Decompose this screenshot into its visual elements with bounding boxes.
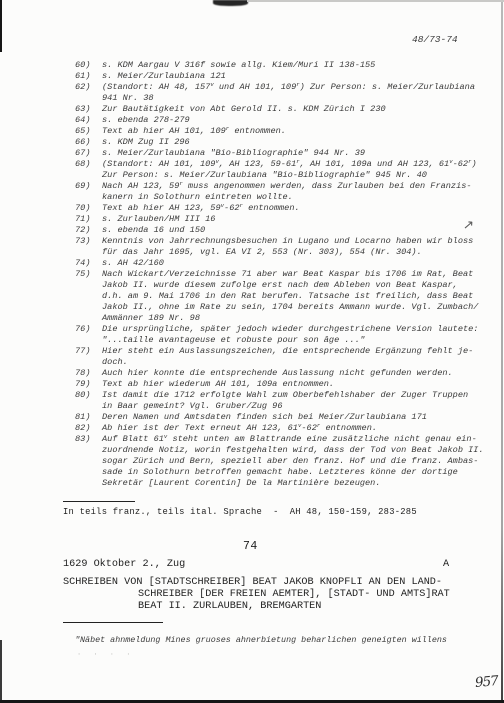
footnote-item: 82)Ab hier ist der Text erneut AH 123, 6…: [75, 423, 487, 434]
footnote-line: zuordnende Notiz, worin festgehalten wir…: [102, 445, 487, 456]
footnote-line: s. KDM Aargau V 316f sowie allg. Kiem/Mu…: [102, 60, 487, 71]
footnote-item: 77)Hier steht ein Auslassungszeichen, di…: [75, 346, 487, 368]
footnote-item: 76)Die ursprüngliche, später jedoch wied…: [75, 324, 487, 346]
footnote-line: d.h. am 9. Mai 1706 in den Rat berufen. …: [102, 291, 487, 302]
footnote-line: s. AH 42/160: [102, 258, 487, 269]
footnote-number: 65): [75, 126, 90, 137]
footnote-item: 67)s. Meier/Zurlaubiana "Bio-Bibliograph…: [75, 148, 487, 159]
scan-edge-top: [247, 0, 504, 2]
footnote-number: 69): [75, 181, 90, 192]
footnote-number: 82): [75, 423, 90, 434]
footnote-line: Die ursprüngliche, später jedoch wieder …: [102, 324, 487, 335]
handwritten-arrow-mark: ↗: [462, 218, 474, 234]
footnote-number: 74): [75, 258, 90, 269]
source-quote-line: "Näbet ahnmeldung Mines gruoses ahnerbie…: [75, 635, 447, 646]
footnote-line: Nach Wickart/Verzeichnisse 71 aber war B…: [102, 269, 487, 280]
entry-title: SCHREIBEN VON [STADTSCHREIBER] BEAT JAKO…: [63, 577, 450, 613]
superscript-folio-mark: r: [240, 202, 243, 209]
footnote-number: 76): [75, 324, 90, 335]
footnote-line: für das Jahr 1695, vgl. EA VI 2, 553 (Nr…: [102, 247, 487, 258]
footnote-line: Jakob II. wurde diesem zufolge erst nach…: [102, 280, 487, 291]
footnote-number: 83): [75, 434, 90, 445]
footnote-line: (Standort: AH 101, 109v, AH 123, 59-61r,…: [102, 159, 487, 170]
footnote-line: Hier steht ein Auslassungszeichen, die e…: [102, 346, 487, 357]
footnote-number: 63): [75, 104, 90, 115]
entry-number: 74: [243, 540, 258, 553]
entry-date-line: 1629 Oktober 2., Zug: [63, 559, 185, 570]
superscript-folio-mark: v: [210, 81, 213, 88]
footnote-line: s. KDM Zug II 296: [102, 137, 487, 148]
footnote-item: 71)s. Zurlauben/HM III 16: [75, 214, 487, 225]
footnote-item: 78)Auch hier konnte die entsprechende Au…: [75, 368, 487, 379]
footnote-item: 63)Zur Bautätigkeit von Abt Gerold II. s…: [75, 104, 487, 115]
footnote-item: 74)s. AH 42/160: [75, 258, 487, 269]
footnote-number: 66): [75, 137, 90, 148]
footnote-line: in Baar gemeint? Vgl. Gruber/Zug 96: [102, 401, 487, 412]
footnote-line: 941 Nr. 38: [102, 93, 487, 104]
footnote-line: Ab hier ist der Text erneut AH 123, 61v-…: [102, 423, 487, 434]
footnote-item: 69)Nach AH 123, 59r muss angenommen werd…: [75, 181, 487, 203]
superscript-folio-mark: r: [317, 422, 320, 429]
separator-rule: [63, 501, 135, 502]
superscript-folio-mark: v: [449, 158, 452, 165]
footnote-number: 75): [75, 269, 90, 280]
footnote-line: Text ab hier AH 101, 109r entnommen.: [102, 126, 487, 137]
footnote-number: 62): [75, 82, 90, 93]
footnote-line: Ist damit die 1712 erfolgte Wahl zum Obe…: [102, 390, 487, 401]
footnote-item: 80)Ist damit die 1712 erfolgte Wahl zum …: [75, 390, 487, 412]
footnote-line: Sekretär [Laurent Corentin] De la Martin…: [102, 478, 487, 489]
footnote-item: 60)s. KDM Aargau V 316f sowie allg. Kiem…: [75, 60, 487, 71]
scan-edge-left-bottom: [0, 640, 2, 703]
scanned-page: 48/73-74 60)s. KDM Aargau V 316f sowie a…: [0, 0, 504, 703]
scan-edge-bottom: [0, 700, 504, 703]
scan-edge-left: [0, 0, 2, 52]
footnote-line: s. ebenda 278-279: [102, 115, 487, 126]
footnote-line: Ammänner 189 Nr. 98: [102, 313, 487, 324]
footnote-item: 70)Text ab hier AH 123, 59v-62r entnomme…: [75, 203, 487, 214]
footnote-number: 73): [75, 236, 90, 247]
footnote-item: 65)Text ab hier AH 101, 109r entnommen.: [75, 126, 487, 137]
footnote-item: 73)Kenntnis von Jahrrechnungsbesuchen in…: [75, 236, 487, 258]
separator-rule: [63, 622, 163, 623]
superscript-folio-mark: r: [296, 81, 299, 88]
superscript-folio-mark: v: [221, 202, 224, 209]
footnote-item: 83)Auf Blatt 61v steht unten am Blattran…: [75, 434, 487, 489]
footnote-line: Auf Blatt 61v steht unten am Blattrande …: [102, 434, 487, 445]
pencil-folio-number: 957: [474, 673, 498, 691]
footnote-line: Auch hier konnte die entsprechende Ausla…: [102, 368, 487, 379]
footnote-item: 68)(Standort: AH 101, 109v, AH 123, 59-6…: [75, 159, 487, 181]
scan-smudge-top: [213, 0, 248, 6]
entry-version-letter: A: [443, 559, 449, 570]
footnote-number: 61): [75, 71, 90, 82]
footnote-line: s. Meier/Zurlaubiana 121: [102, 71, 487, 82]
footnote-line: kanern in Solothurn eintreten wollte.: [102, 192, 487, 203]
footnote-item: 61)s. Meier/Zurlaubiana 121: [75, 71, 487, 82]
footnote-line: Zur Bautätigkeit von Abt Gerold II. s. K…: [102, 104, 487, 115]
footnote-line: Nach AH 123, 59r muss angenommen werden,…: [102, 181, 487, 192]
superscript-folio-mark: v: [164, 433, 167, 440]
footnote-number: 81): [75, 412, 90, 423]
footnote-list: 60)s. KDM Aargau V 316f sowie allg. Kiem…: [75, 60, 487, 489]
entry-title-line: SCHREIBER [DER FREIEN AEMTER], [STADT- U…: [63, 589, 450, 601]
footnote-number: 64): [75, 115, 90, 126]
superscript-folio-mark: v: [215, 158, 218, 165]
footnote-line: sade in Solothurn betroffen gemacht habe…: [102, 467, 487, 478]
footnote-item: 72)s. ebenda 16 und 150: [75, 225, 487, 236]
footnote-number: 71): [75, 214, 90, 225]
footnote-item: 66)s. KDM Zug II 296: [75, 137, 487, 148]
footnote-line: sogar Zürich und Bern, speziell aber den…: [102, 456, 487, 467]
footnote-line: Text ab hier wiederum AH 101, 109a entno…: [102, 379, 487, 390]
footnote-number: 72): [75, 225, 90, 236]
footnote-line: Text ab hier AH 123, 59v-62r entnommen.: [102, 203, 487, 214]
footnote-number: 80): [75, 390, 90, 401]
faint-smudge: · · · ·: [77, 651, 134, 659]
superscript-folio-mark: r: [226, 125, 229, 132]
footnote-line: Jakob II., ohne im Rate zu sein, 1704 be…: [102, 302, 487, 313]
footnote-line: s. Zurlauben/HM III 16: [102, 214, 487, 225]
footnote-number: 68): [75, 159, 90, 170]
footnote-number: 70): [75, 203, 90, 214]
language-note: In teils franz., teils ital. Sprache - A…: [63, 507, 417, 517]
footnote-line: Zur Person: s. Meier/Zurlaubiana "Bio-Bi…: [102, 170, 487, 181]
footnote-item: 81)Deren Namen und Amtsdaten finden sich…: [75, 412, 487, 423]
footnote-item: 75)Nach Wickart/Verzeichnisse 71 aber wa…: [75, 269, 487, 324]
footnote-line: s. ebenda 16 und 150: [102, 225, 487, 236]
footnote-number: 79): [75, 379, 90, 390]
footnote-line: s. Meier/Zurlaubiana "Bio-Bibliographie"…: [102, 148, 487, 159]
footnote-item: 64)s. ebenda 278-279: [75, 115, 487, 126]
scan-edge-right: [501, 0, 503, 703]
footnote-item: 79)Text ab hier wiederum AH 101, 109a en…: [75, 379, 487, 390]
superscript-folio-mark: r: [468, 158, 471, 165]
superscript-folio-mark: r: [296, 158, 299, 165]
footnote-line: Kenntnis von Jahrrechnungsbesuchen in Lu…: [102, 236, 487, 247]
superscript-folio-mark: r: [179, 180, 182, 187]
footnote-line: "...taille avantageuse et robuste pour s…: [102, 335, 487, 346]
footnote-number: 60): [75, 60, 90, 71]
superscript-folio-mark: v: [298, 422, 301, 429]
page-header-reference: 48/73-74: [412, 34, 458, 45]
footnote-item: 62)(Standort: AH 48, 157v und AH 101, 10…: [75, 82, 487, 104]
entry-title-line: SCHREIBEN VON [STADTSCHREIBER] BEAT JAKO…: [63, 577, 450, 589]
footnote-line: (Standort: AH 48, 157v und AH 101, 109r)…: [102, 82, 487, 93]
footnote-number: 78): [75, 368, 90, 379]
entry-title-line: BEAT II. ZURLAUBEN, BREMGARTEN: [63, 601, 450, 613]
footnote-number: 77): [75, 346, 90, 357]
footnote-line: doch.: [102, 357, 487, 368]
footnote-line: Deren Namen und Amtsdaten finden sich be…: [102, 412, 487, 423]
footnote-number: 67): [75, 148, 90, 159]
